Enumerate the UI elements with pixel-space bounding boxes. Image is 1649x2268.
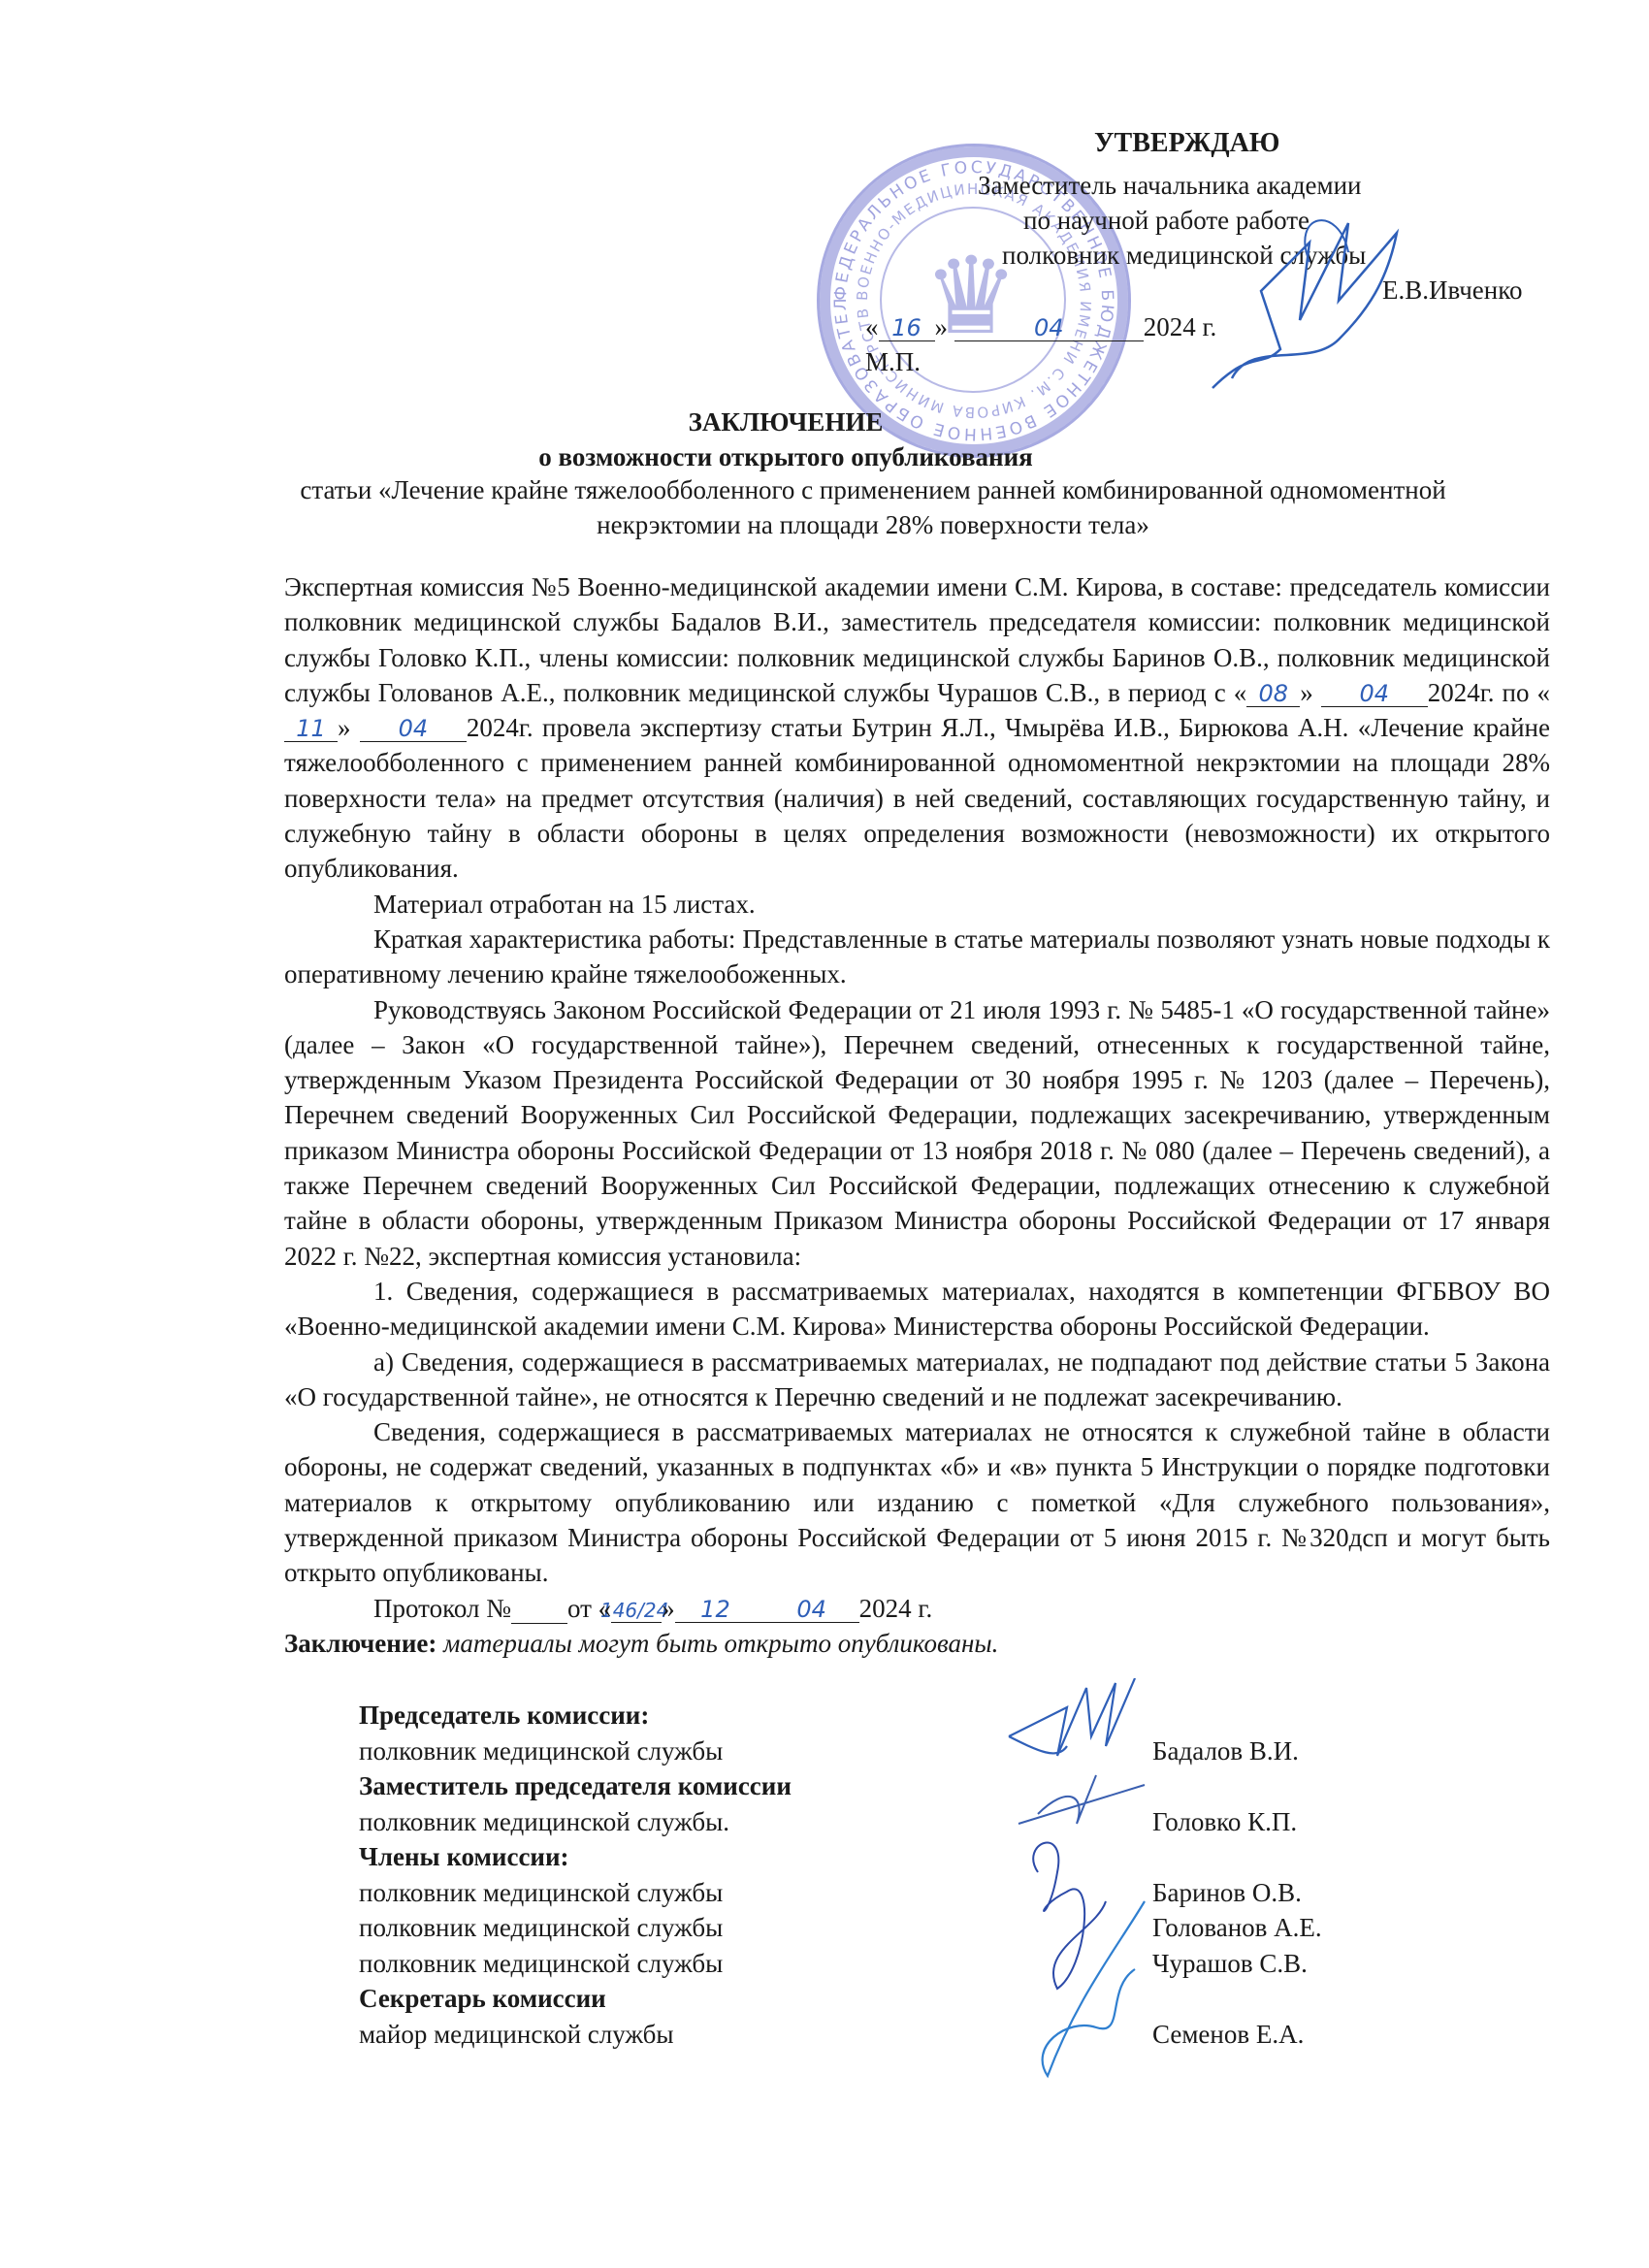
review-from-day: 08 [1246, 681, 1300, 707]
deputy-rank: полковник медицинской службы. [359, 1807, 729, 1836]
conclusion-text: материалы могут быть открыто опубликован… [443, 1629, 998, 1658]
chair-label: Председатель комиссии: [359, 1698, 792, 1733]
member-name: Голованов А.Е. [1152, 1910, 1322, 1946]
paragraph-pages: Материал отработан на 15 листах. [284, 887, 1550, 922]
p1-quote: » [1300, 678, 1321, 707]
protocol-from: от « [567, 1594, 611, 1623]
deputy-row: полковник медицинской службы. Головко К.… [359, 1804, 792, 1840]
approver-position-line1: Заместитель начальника академии [978, 169, 1361, 203]
chair-name: Бадалов В.И. [1152, 1733, 1299, 1769]
paragraph-summary: Краткая характеристика работы: Представл… [284, 922, 1550, 992]
quote-close: » [935, 312, 949, 341]
document-body: Экспертная комиссия №5 Военно-медицинско… [284, 569, 1550, 1661]
member-row: полковник медицинской службы Баринов О.В… [359, 1875, 792, 1911]
deputy-label: Заместитель председателя комиссии [359, 1768, 792, 1804]
review-from-month: 04 [1321, 681, 1428, 707]
paragraph-finding-service-secret: Сведения, содержащиеся в рассматриваемых… [284, 1414, 1550, 1590]
member-row: полковник медицинской службы Голованов А… [359, 1910, 792, 1946]
member-row: полковник медицинской службы Чурашов С.В… [359, 1946, 792, 1982]
protocol-month: 04 [675, 1597, 859, 1623]
member-rank: полковник медицинской службы [359, 1878, 723, 1907]
paragraph-finding-1: 1. Сведения, содержащиеся в рассматривае… [284, 1274, 1550, 1345]
chair-row: полковник медицинской службы Бадалов В.И… [359, 1733, 792, 1769]
approval-title: УТВЕРЖДАЮ [1094, 126, 1279, 160]
member-name: Чурашов С.В. [1152, 1946, 1308, 1982]
protocol-day: 12 [611, 1597, 662, 1623]
member-rank: полковник медицинской службы [359, 1949, 723, 1978]
approval-date: «16» 042024 г. [865, 310, 1216, 344]
protocol-year: 2024 г. [859, 1594, 933, 1623]
protocol-quote: » [662, 1594, 675, 1623]
commission-signatures [999, 1678, 1174, 2086]
signature-block: Председатель комиссии: полковник медицин… [359, 1698, 792, 2052]
p1-text-2: 2024г. по « [1428, 678, 1550, 707]
approval-day: 16 [879, 315, 935, 341]
review-to-day: 11 [284, 716, 338, 742]
document-subtitle: о возможности открытого опубликования [0, 442, 1610, 472]
document-title: ЗАКЛЮЧЕНИЕ [0, 407, 1610, 437]
protocol-line: Протокол №146/24от «12»042024 г. [284, 1591, 1550, 1626]
secretary-rank: майор медицинской службы [359, 2020, 674, 2049]
article-title-line2: некрэктомии на площади 28% поверхности т… [48, 510, 1649, 540]
paragraph-legal-basis: Руководствуясь Законом Российской Федера… [284, 992, 1550, 1274]
approver-signature [1193, 204, 1426, 398]
p1-quote-2: » [338, 713, 360, 742]
paragraph-commission: Экспертная комиссия №5 Военно-медицинско… [284, 569, 1550, 887]
secretary-row: майор медицинской службы Семенов Е.А. [359, 2017, 792, 2053]
article-title-line1: статьи «Лечение крайне тяжелообболенного… [48, 475, 1649, 505]
members-label: Члены комиссии: [359, 1839, 792, 1875]
protocol-number: 146/24 [511, 1598, 567, 1624]
conclusion-label: Заключение: [284, 1629, 436, 1658]
paragraph-finding-a: а) Сведения, содержащиеся в рассматривае… [284, 1345, 1550, 1415]
p1-text-3: 2024г. провела экспертизу статьи Бутрин … [284, 713, 1550, 883]
quote-open: « [865, 312, 879, 341]
member-name: Баринов О.В. [1152, 1875, 1302, 1911]
approval-month: 04 [954, 315, 1144, 341]
review-to-month: 04 [360, 716, 467, 742]
conclusion-line: Заключение: материалы могут быть открыто… [284, 1626, 1550, 1661]
deputy-name: Головко К.П. [1152, 1804, 1297, 1840]
protocol-label: Протокол № [373, 1594, 511, 1623]
member-rank: полковник медицинской службы [359, 1913, 723, 1942]
secretary-label: Секретарь комиссии [359, 1981, 792, 2017]
seal-mark: М.П. [865, 345, 921, 379]
secretary-name: Семенов Е.А. [1152, 2017, 1304, 2053]
chair-rank: полковник медицинской службы [359, 1736, 723, 1766]
